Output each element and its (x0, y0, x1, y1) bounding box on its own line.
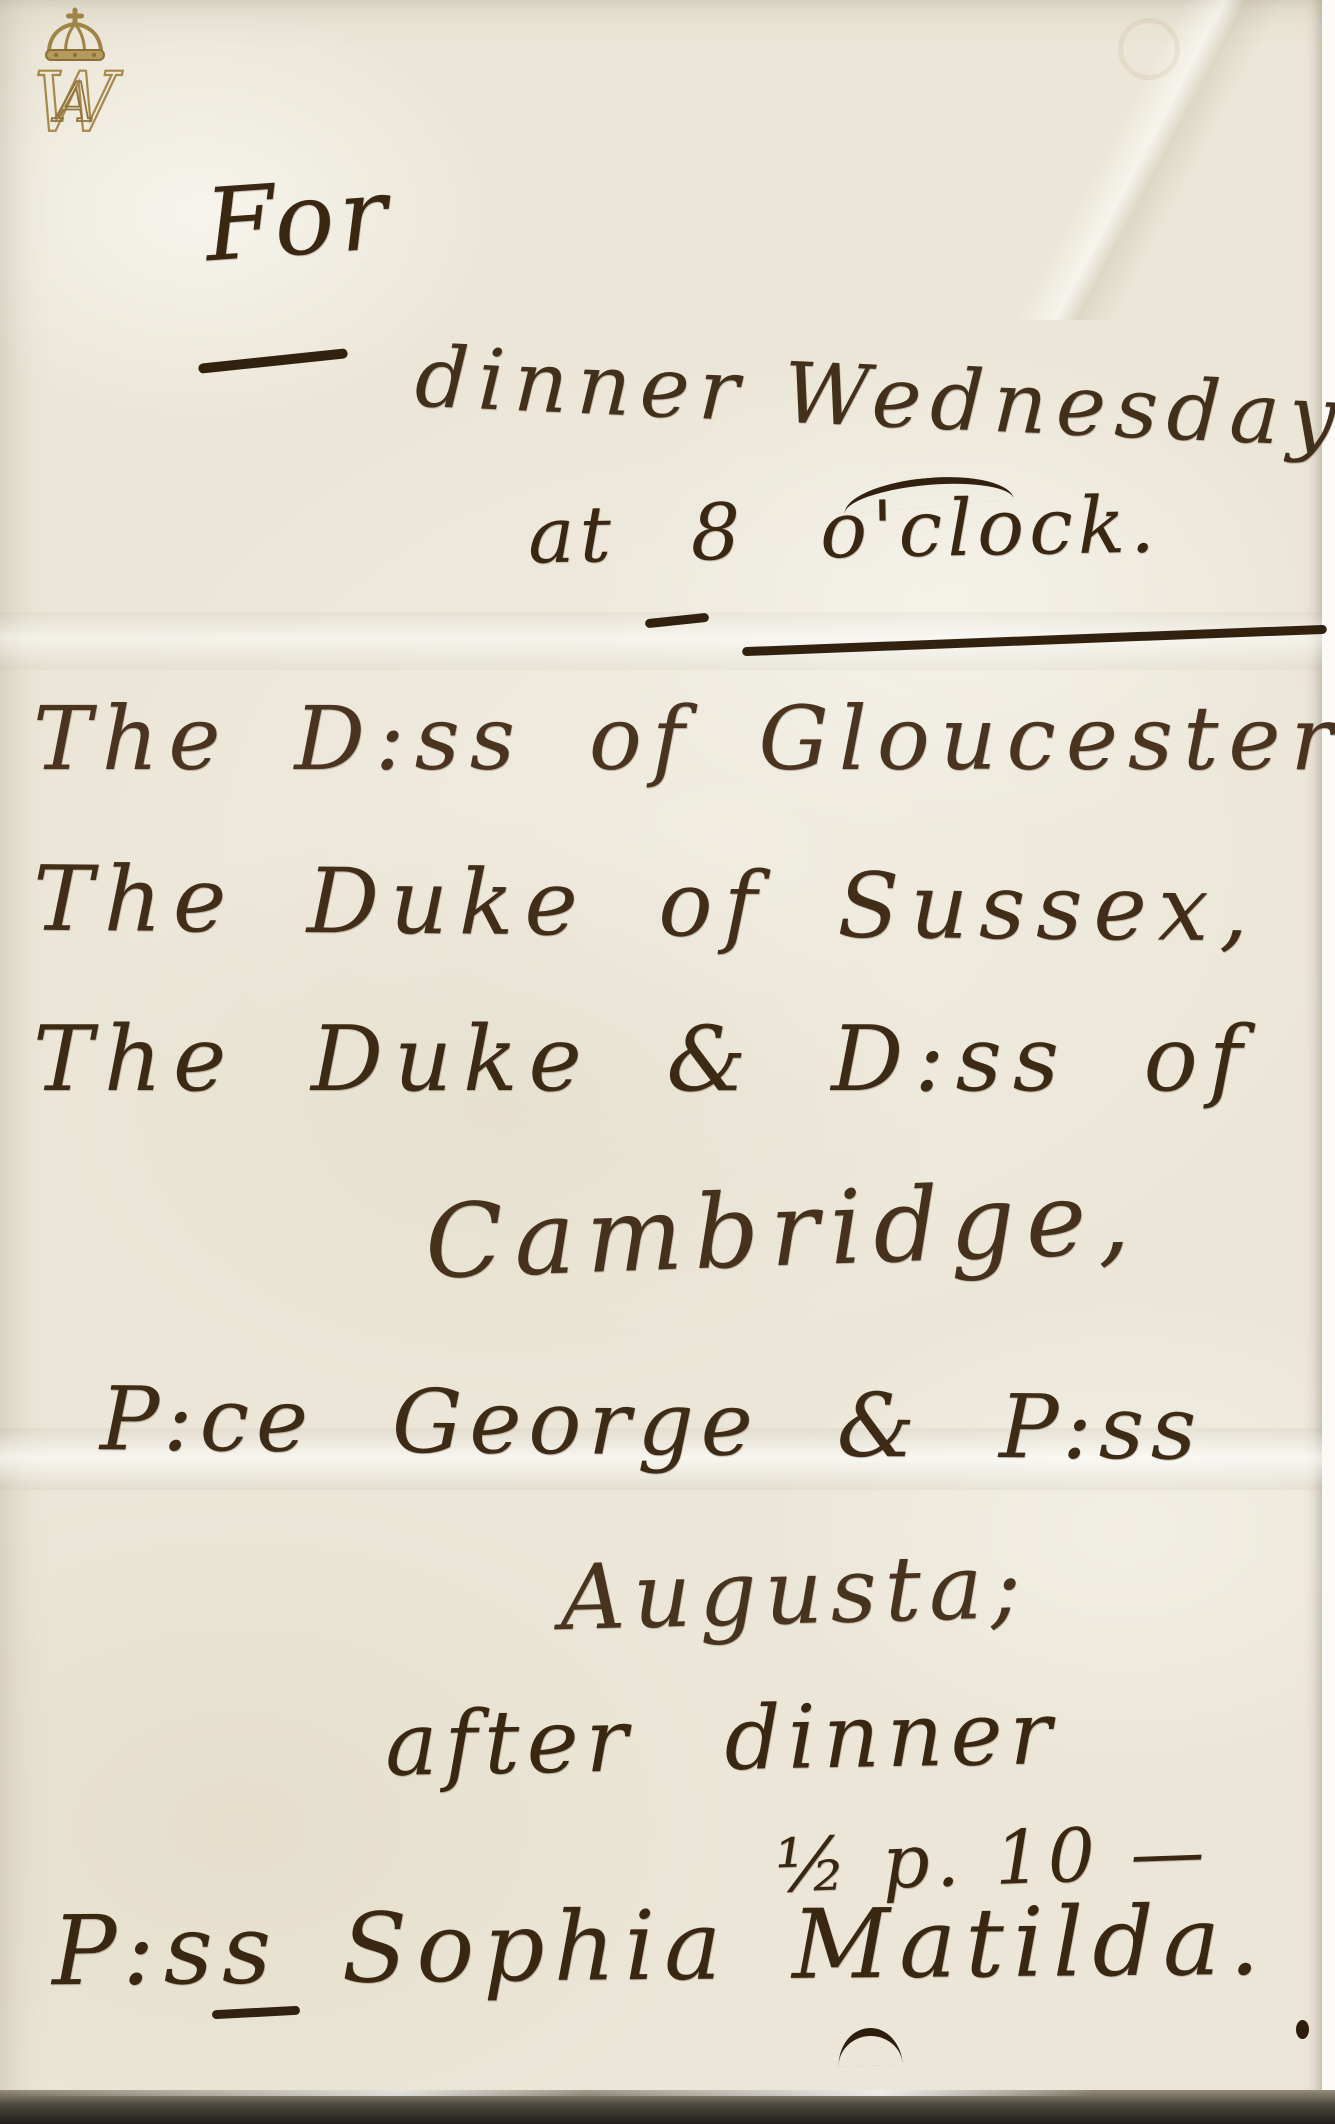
letter-line-for: For (202, 164, 395, 277)
letter-line-sophia-matilda: P:ss Sophia Matilda. (52, 1893, 1269, 2000)
letter-line-guest-sussex: The Duke of Sussex, (33, 855, 1260, 956)
ink-blot-mark (1296, 2020, 1309, 2039)
letter-line-guest-augusta: Augusta; (559, 1542, 1030, 1644)
letter-line-guest-gloucester: The D:ss of Gloucester (33, 695, 1335, 783)
scanned-letter-page: W A For dinner Wednesday at 8 o'clock. T… (0, 0, 1335, 2124)
crown-icon (46, 10, 104, 60)
letter-line-after-dinner: after dinner (384, 1689, 1059, 1789)
letter-line-time: at 8 o'clock. (527, 486, 1160, 575)
paper-stain-ring (1118, 18, 1180, 80)
letter-line-guest-duke-dss: The Duke & D:ss of (33, 1015, 1253, 1105)
royal-cipher-monogram: W A (26, 5, 124, 147)
cipher-letters: W A (33, 56, 123, 147)
cipher-letter-secondary: A (51, 71, 95, 134)
letter-line-guest-george: P:ce George & P:ss (100, 1375, 1204, 1473)
letter-line-guest-cambridge: Cambridge, (423, 1168, 1142, 1295)
page-bottom-fold-shadow (0, 2090, 1335, 2124)
